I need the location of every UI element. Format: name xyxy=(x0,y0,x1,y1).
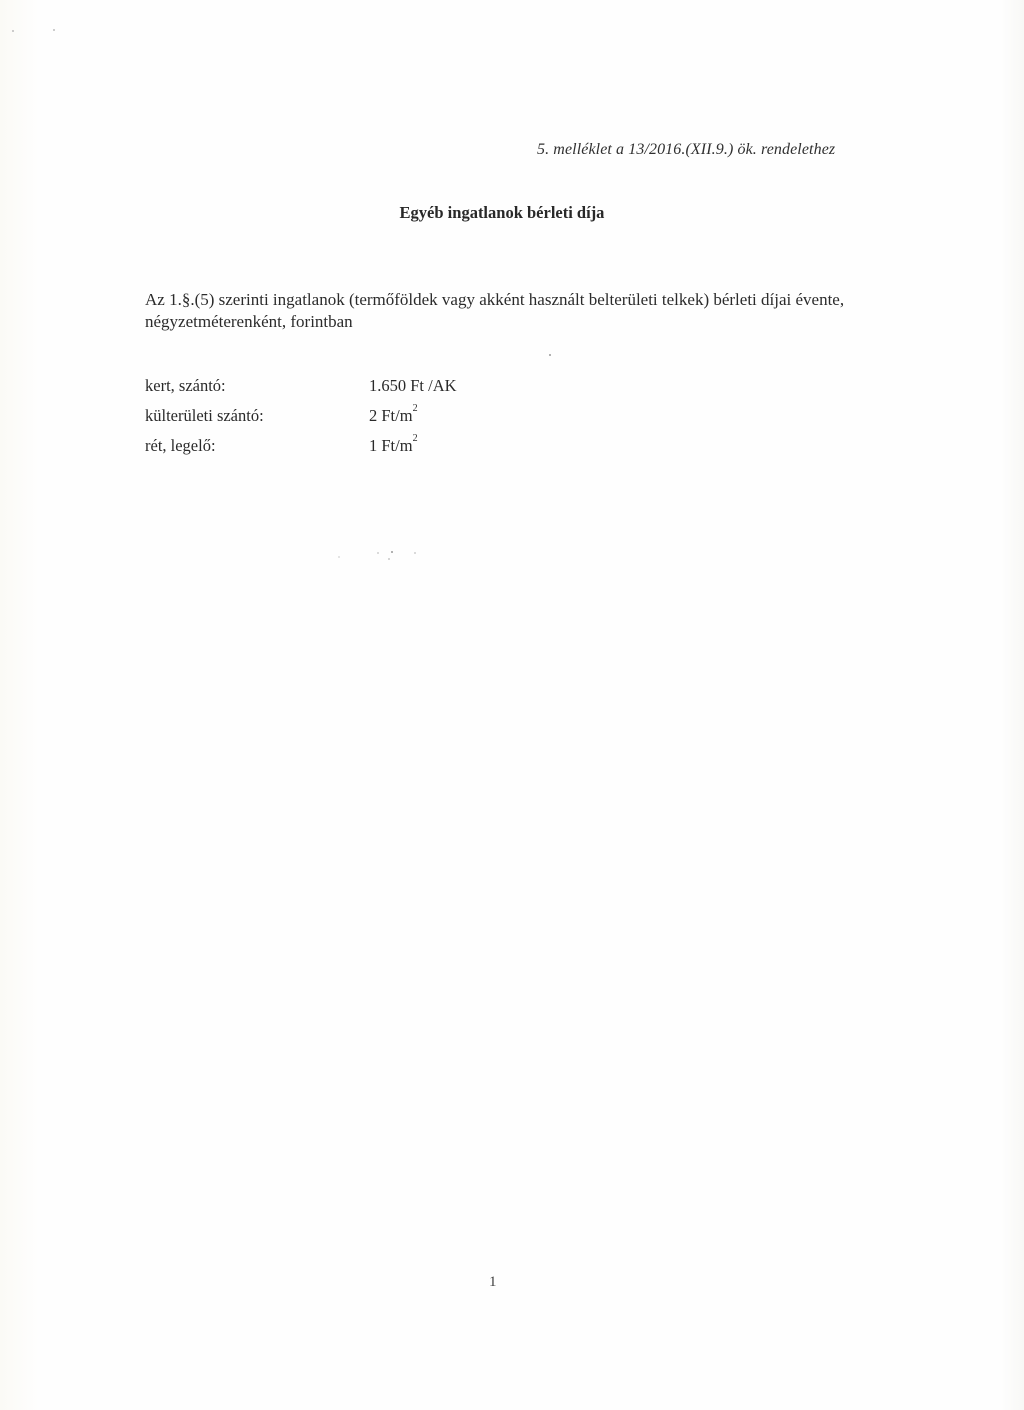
scan-speck xyxy=(388,558,390,560)
rate-value-exponent: 2 xyxy=(413,433,418,444)
scan-speck xyxy=(53,29,55,31)
scan-speck xyxy=(414,552,416,554)
scan-speck xyxy=(391,551,393,553)
scan-speck xyxy=(549,354,551,356)
attachment-reference: 5. melléklet a 13/2016.(XII.9.) ök. rend… xyxy=(537,141,835,159)
rate-value: 1 Ft/m2 xyxy=(369,436,418,456)
scan-speck xyxy=(338,556,340,558)
rate-label: rét, legelő: xyxy=(145,436,216,456)
rate-label: külterületi szántó: xyxy=(145,406,264,426)
document-title-text: Egyéb ingatlanok bérleti díja xyxy=(400,203,605,222)
intro-line-2: négyzetméterenként, forintban xyxy=(145,311,905,333)
intro-paragraph: Az 1.§.(5) szerinti ingatlanok (termőföl… xyxy=(145,289,905,333)
rate-value-exponent: 2 xyxy=(413,403,418,414)
rate-value-text: 1 Ft/m xyxy=(369,436,413,455)
rate-value-text: 1.650 Ft /AK xyxy=(369,376,457,395)
rate-value-text: 2 Ft/m xyxy=(369,406,413,425)
page-number: 1 xyxy=(489,1274,497,1291)
scan-speck xyxy=(12,30,14,32)
rate-label: kert, szántó: xyxy=(145,376,226,396)
scan-speck xyxy=(377,552,379,554)
document-title: Egyéb ingatlanok bérleti díja xyxy=(0,203,1024,223)
rate-value: 1.650 Ft /AK xyxy=(369,376,457,396)
scanned-page: 5. melléklet a 13/2016.(XII.9.) ök. rend… xyxy=(0,0,1024,1410)
rate-value: 2 Ft/m2 xyxy=(369,406,418,426)
intro-line-1: Az 1.§.(5) szerinti ingatlanok (termőföl… xyxy=(145,289,905,311)
